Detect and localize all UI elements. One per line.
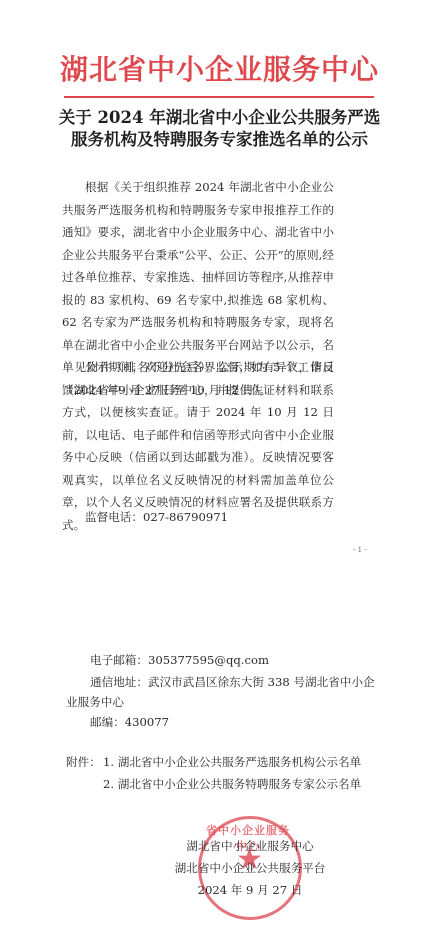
attachments-label: 附件： [66, 754, 101, 770]
signature-org-2: 湖北省中小企业公共服务平台 [150, 860, 350, 876]
address-label: 通信地址： [90, 675, 148, 689]
postcode-value: 430077 [125, 715, 169, 729]
email-label: 电子邮箱： [90, 653, 148, 667]
postcode-label: 邮编： [90, 715, 125, 729]
phone-value: 027-86790971 [143, 510, 228, 524]
email-value: 305377595@qq.com [148, 653, 269, 667]
address-line: 通信地址：武汉市武昌区徐东大街 338 号湖北省中小企 [90, 674, 375, 690]
document-title: 关于 2024 年湖北省中小企业公共服务严选 服务机构及特聘服务专家推选名单的公… [0, 107, 439, 151]
email-line: 电子邮箱：305377595@qq.com [90, 652, 269, 668]
signature-date: 2024 年 9 月 27 日 [150, 882, 350, 898]
attachment-item-2: 2. 湖北省中小企业公共服务特聘服务专家公示名单 [103, 776, 361, 792]
address-value-line-1: 武汉市武昌区徐东大街 338 号湖北省中小企 [148, 675, 375, 689]
page-number: - 1 - [353, 546, 367, 554]
postcode-line: 邮编：430077 [90, 714, 169, 730]
document-title-line-1: 关于 2024 年湖北省中小企业公共服务严选 [0, 107, 439, 129]
phone-label: 监督电话： [85, 510, 143, 524]
letterhead-red-rule [64, 96, 374, 98]
document-title-line-2: 服务机构及特聘服务专家推选名单的公示 [0, 129, 439, 151]
address-line-2: 业服务中心 [66, 694, 124, 710]
letterhead-org-name: 湖北省中小企业服务中心 [0, 52, 439, 88]
attachment-item-1: 1. 湖北省中小企业公共服务严选服务机构公示名单 [103, 754, 361, 770]
supervision-phone: 监督电话：027-86790971 [85, 509, 228, 525]
signature-org-1: 湖北省中小企业服务中心 [150, 838, 350, 854]
